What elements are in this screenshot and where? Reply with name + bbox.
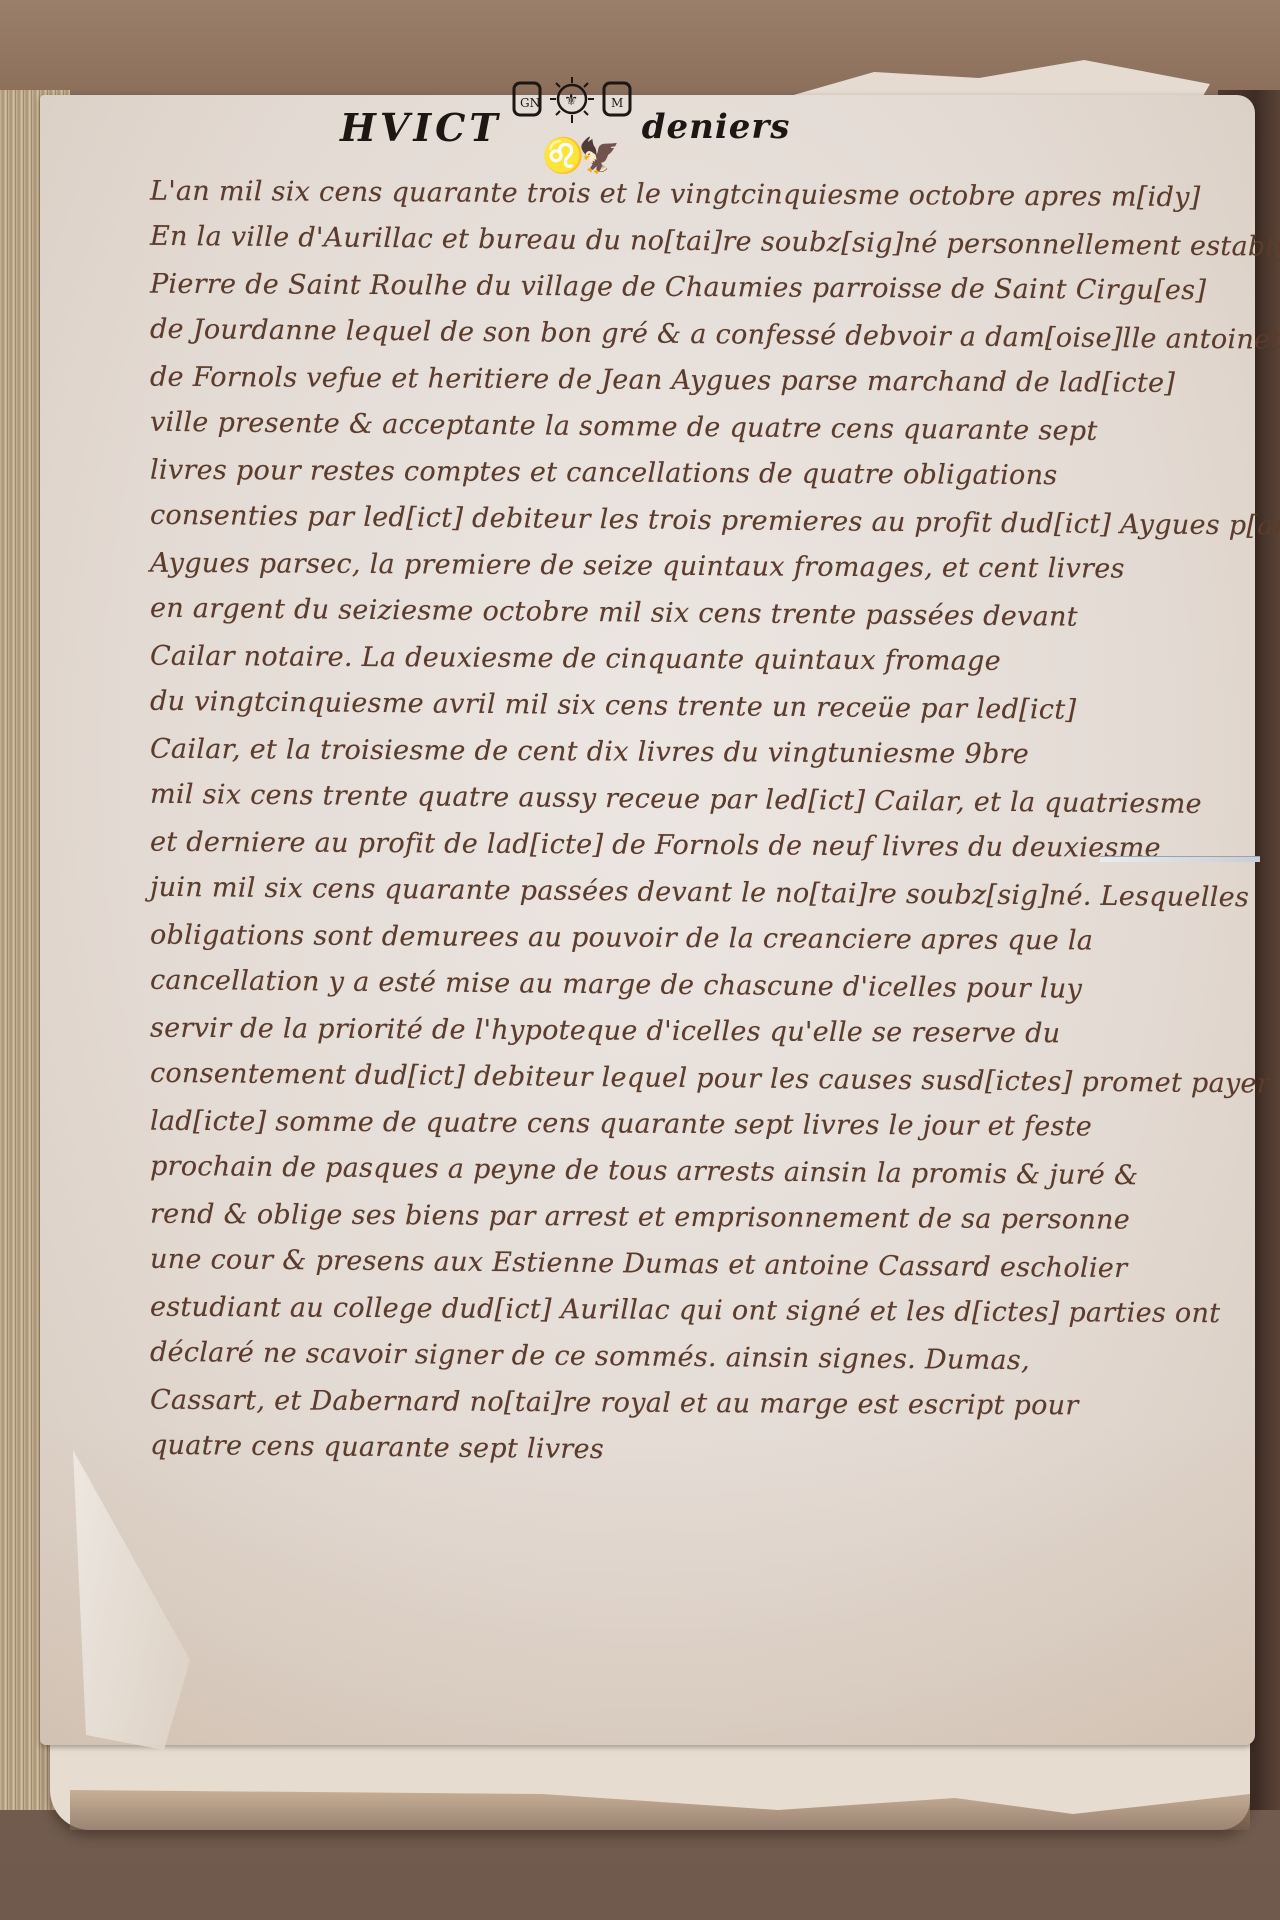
text-line: obligations sont demurees au pouvoir de …: [150, 913, 1240, 966]
text-line: estudiant au college dud[ict] Aurillac q…: [150, 1285, 1240, 1338]
text-line: lad[icte] somme de quatre cens quarante …: [150, 1099, 1240, 1152]
handwritten-text: L'an mil six cens quarante trois et le v…: [150, 172, 1240, 1474]
svg-text:M: M: [611, 96, 623, 110]
tax-stamp: HVICT GN M ⚜ ♌ 🦅 deniers: [340, 92, 790, 162]
measuring-ruler: [1100, 856, 1260, 862]
svg-text:⚜: ⚜: [564, 90, 578, 109]
text-line: Cailar notaire. La deuxiesme de cinquant…: [150, 634, 1240, 687]
text-line: Cassart, et Dabernard no[tai]re royal et…: [150, 1378, 1240, 1431]
text-line: de Fornols vefue et heritiere de Jean Ay…: [150, 355, 1240, 408]
fleur-de-lis-sun-icon: GN M ⚜ ♌ 🦅: [512, 77, 632, 177]
stamp-left-word: HVICT: [340, 105, 502, 150]
text-line: Aygues parsec, la premiere de seize quin…: [150, 541, 1240, 594]
text-line: et derniere au profit de lad[icte] de Fo…: [150, 820, 1240, 873]
text-line: Cailar, et la troisiesme de cent dix liv…: [150, 727, 1240, 780]
text-line: Pierre de Saint Roulhe du village de Cha…: [150, 262, 1240, 315]
text-line: L'an mil six cens quarante trois et le v…: [150, 169, 1240, 222]
svg-text:GN: GN: [520, 96, 540, 110]
svg-text:🦅: 🦅: [578, 135, 620, 176]
text-line: livres pour restes comptes et cancellati…: [150, 448, 1240, 501]
text-line: servir de la priorité de l'hypoteque d'i…: [150, 1006, 1240, 1059]
stamp-right-word: deniers: [642, 107, 791, 147]
text-line: quatre cens quarante sept livres: [150, 1422, 1240, 1479]
text-line: rend & oblige ses biens par arrest et em…: [150, 1192, 1240, 1245]
